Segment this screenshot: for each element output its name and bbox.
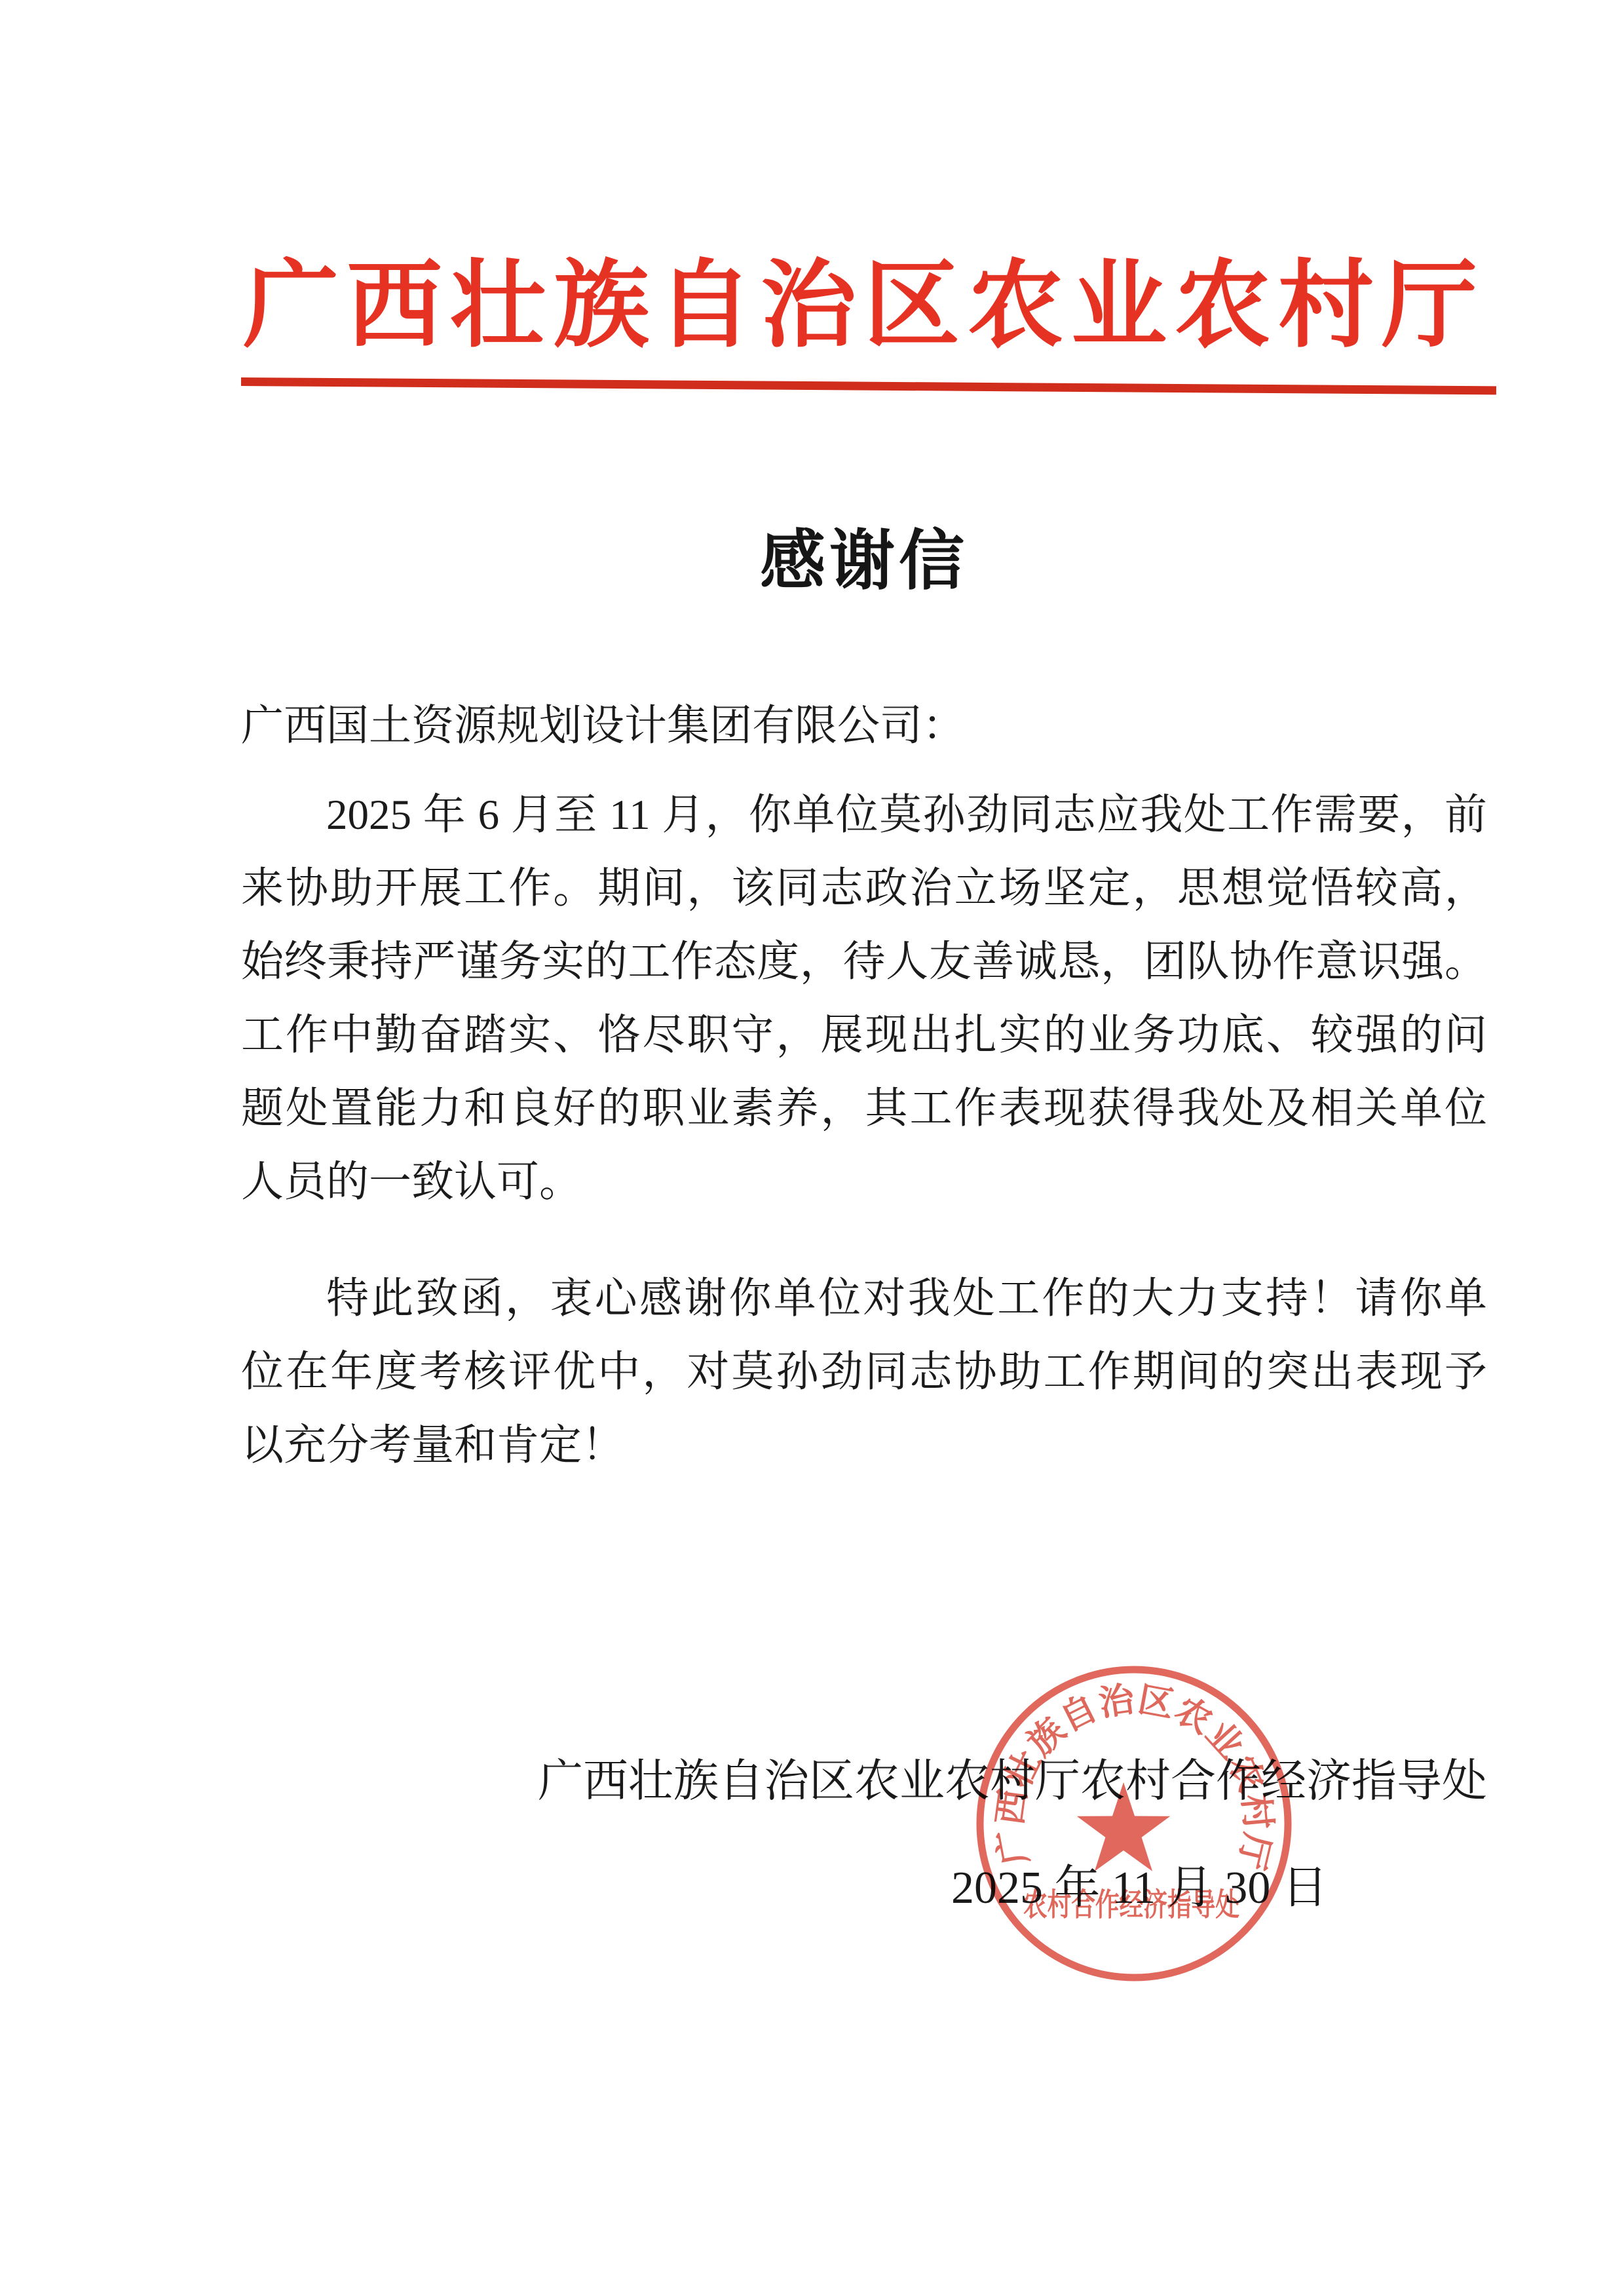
signature-org-line: 广西壮族自治区农业农村厅农村合作经济指导处 xyxy=(241,1744,1487,1809)
body-line: 题处置能力和良好的职业素养，其工作表现获得我处及相关单位 xyxy=(241,1072,1487,1145)
letter-title: 感谢信 xyxy=(241,508,1487,602)
paragraph-2: 特此致函，衷心感谢你单位对我处工作的大力支持！请你单 位在年度考核评优中，对莫孙… xyxy=(241,1262,1487,1482)
official-seal-stamp: 广西壮族自治区农业农村厅 农村合作经济指导处 xyxy=(964,1653,1304,1994)
body-line: 工作中勤奋踏实、恪尽职守，展现出扎实的业务功底、较强的问 xyxy=(241,999,1487,1072)
body-line: 位在年度考核评优中，对莫孙劲同志协助工作期间的突出表现予 xyxy=(241,1335,1487,1409)
letterhead-org-name: 广西壮族自治区农业农村厅 xyxy=(241,228,1487,366)
body-line: 始终秉持严谨务实的工作态度，待人友善诚恳，团队协作意识强。 xyxy=(241,925,1487,999)
paragraph-1: 2025 年 6 月至 11 月，你单位莫孙劲同志应我处工作需要，前 来协助开展… xyxy=(241,778,1487,1219)
addressee-line: 广西国土资源规划设计集团有限公司： xyxy=(241,689,1487,763)
scanned-letter-page: 广西壮族自治区农业农村厅 感谢信 广西国土资源规划设计集团有限公司： 2025 … xyxy=(0,0,1624,2296)
body-line: 以充分考量和肯定！ xyxy=(241,1409,1487,1482)
body-line: 来协助开展工作。期间，该同志政治立场坚定，思想觉悟较高， xyxy=(241,852,1487,925)
body-line: 特此致函，衷心感谢你单位对我处工作的大力支持！请你单 xyxy=(241,1262,1487,1335)
letterhead-divider-rule xyxy=(241,377,1496,394)
body-line: 人员的一致认可。 xyxy=(241,1145,1487,1219)
letter-body: 广西国土资源规划设计集团有限公司： 2025 年 6 月至 11 月，你单位莫孙… xyxy=(241,689,1487,1482)
signature-date: 2025 年 11 月 30 日 xyxy=(951,1850,1328,1917)
seal-ring xyxy=(980,1670,1288,1978)
body-line: 2025 年 6 月至 11 月，你单位莫孙劲同志应我处工作需要，前 xyxy=(241,778,1487,852)
